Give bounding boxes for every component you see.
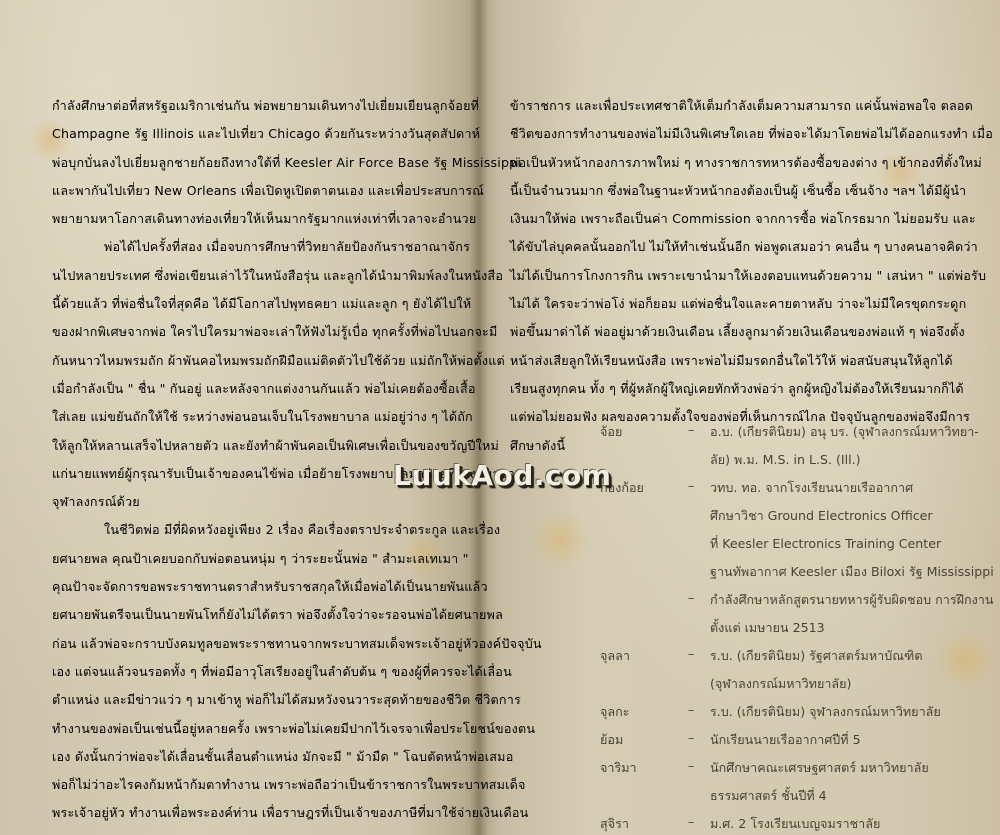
text-line: กำลังศึกษาต่อที่สหรัฐอเมริกาเช่นกัน พ่อพ… bbox=[52, 92, 482, 120]
dash: – bbox=[688, 702, 694, 717]
education-detail: ร.บ. (เกียรตินิยม) รัฐศาสตร์มหาบัณฑิต bbox=[710, 646, 923, 666]
education-detail: ธรรมศาสตร์ ชั้นปีที่ 4 bbox=[710, 786, 827, 806]
child-name: สุจิรา bbox=[600, 814, 660, 834]
dash: – bbox=[688, 646, 694, 661]
text-line: เงินมาให้พ่อ เพราะถือเป็นค่า Commission … bbox=[510, 205, 965, 233]
text-line: พ่อบุกบั่นลงไปเยี่ยมลูกชายก้อยถึงทางใต้ท… bbox=[52, 149, 482, 177]
text-line: พระเจ้าอยู่หัว ทำงานเพื่อพระองค์ท่าน เพื… bbox=[52, 799, 482, 827]
child-name: จุลกะ bbox=[600, 702, 660, 722]
education-detail: ศึกษาวิชา Ground Electronics Officer bbox=[710, 506, 933, 526]
child-name: จุลลา bbox=[600, 646, 660, 666]
text-line: ทำงานของพ่อเป็นเช่นนี้อยู่หลายครั้ง เพรา… bbox=[52, 715, 482, 743]
text-line: เอง แต่จนแล้วจนรอดทั้ง ๆ ที่พ่อมีอาวุโสเ… bbox=[52, 658, 482, 686]
text-line: และพากันไปเที่ยว New Orleans เพื่อเปิดหู… bbox=[52, 177, 482, 205]
education-detail: นักศึกษาคณะเศรษฐศาสตร์ มหาวิทยาลัย bbox=[710, 758, 929, 778]
text-line: เมื่อกำลังเป็น " ชื่น " กันอยู่ และหลังจ… bbox=[52, 375, 482, 403]
education-detail: ลัย) พ.ม. M.S. in L.S. (Ill.) bbox=[710, 450, 861, 470]
text-line: ยศนายพันตรีจนเป็นนายพันโทก็ยังไม่ได้ตรา … bbox=[52, 601, 482, 629]
text-line: ใส่เลย แม่ขยันถักให้ใช้ ระหว่างพ่อนอนเจ็… bbox=[52, 403, 482, 431]
right-page-text: ข้าราชการ และเพื่อประเทศชาติให้เต็มกำลัง… bbox=[510, 92, 965, 460]
text-line: ได้ขับไล่บุคคลนั้นออกไป ไม่ให้ทำเช่นนั้น… bbox=[510, 233, 965, 261]
dash: – bbox=[688, 814, 694, 829]
education-detail: วทบ. ทอ. จากโรงเรียนนายเรืออากาศ bbox=[710, 478, 913, 498]
watermark-logo: LuukAod.com bbox=[393, 459, 611, 492]
text-line: ก่อน แล้วพ่อจะกราบบังคมทูลขอพระราชทานจาก… bbox=[52, 630, 482, 658]
education-detail: ร.บ. (เกียรตินิยม) จุฬาลงกรณ์มหาวิทยาลัย bbox=[710, 702, 941, 722]
text-line: ชีวิตของการทำงานของพ่อไม่มีเงินพิเศษใดเล… bbox=[510, 120, 965, 148]
text-line: ของฝากพิเศษจากพ่อ ใครไปใครมาพ่อจะเล่าให้… bbox=[52, 318, 482, 346]
child-name: จาริมา bbox=[600, 758, 660, 778]
text-line: พ่อก็ไม่ว่าอะไรคงก้มหน้าก้มตาทำงาน เพราะ… bbox=[52, 771, 482, 799]
text-line: กันหนาวไหมพรมถัก ผ้าพันคอไหมพรมถักฝีมือแ… bbox=[52, 347, 482, 375]
text-line: Champagne รัฐ Illinois และไปเที่ยว Chica… bbox=[52, 120, 482, 148]
education-detail: อ.บ. (เกียรตินิยม) อนุ บร. (จุฬาลงกรณ์มห… bbox=[710, 422, 979, 442]
text-line: พ่อเป็นหัวหน้ากองการภาพใหม่ ๆ ทางราชการท… bbox=[510, 149, 965, 177]
dash: – bbox=[688, 422, 694, 437]
dash: – bbox=[688, 730, 694, 745]
paragraph-start: ในชีวิตพ่อ มีที่ผิดหวังอยู่เพียง 2 เรื่อ… bbox=[52, 516, 482, 544]
text-line: พ่อขึ้นมาด่าได้ พ่ออยู่มาด้วยเงินเดือน เ… bbox=[510, 318, 965, 346]
dash: – bbox=[688, 758, 694, 773]
dash: – bbox=[688, 478, 694, 493]
education-detail: ม.ศ. 2 โรงเรียนเบญจมราชาลัย bbox=[710, 814, 880, 834]
dash: – bbox=[688, 590, 694, 605]
education-detail: นักเรียนนายเรืออากาศปีที่ 5 bbox=[710, 730, 861, 750]
text-line: เอง ดังนั้นกว่าพ่อจะได้เลื่อนชั้นเลื่อนต… bbox=[52, 743, 482, 771]
text-line: คุณป้าจะจัดการขอพระราชทานตราสำหรับราชสกุ… bbox=[52, 573, 482, 601]
child-name: ย้อม bbox=[600, 730, 660, 750]
text-line: จุฬาลงกรณ์ด้วย bbox=[52, 488, 482, 516]
text-line: นี้เป็นจำนวนมาก ซึ่งพ่อในฐานะหัวหน้ากองต… bbox=[510, 177, 965, 205]
text-line: ไม่ได้ ใครจะว่าพ่อโง่ พ่อก็ยอม แต่พ่อชื่… bbox=[510, 290, 965, 318]
text-line: ยศนายพล คุณป้าเคยบอกกับพ่อตอนหนุ่ม ๆ ว่า… bbox=[52, 545, 482, 573]
text-line: ข้าราชการ และเพื่อประเทศชาติให้เต็มกำลัง… bbox=[510, 92, 965, 120]
education-detail: (จุฬาลงกรณ์มหาวิทยาลัย) bbox=[710, 674, 851, 694]
paper-stain bbox=[530, 510, 590, 570]
text-line: พยายามหาโอกาสเดินทางท่องเที่ยวให้เห็นมาก… bbox=[52, 205, 482, 233]
text-line: นี้ด้วยแล้ว ที่พ่อชื่นใจที่สุดคือ ได้มีโ… bbox=[52, 290, 482, 318]
text-line: ให้ลูกให้หลานเสร็จไปหลายตัว และยังทำผ้าพ… bbox=[52, 432, 482, 460]
education-detail: ที่ Keesler Electronics Training Center bbox=[710, 534, 941, 554]
education-detail: ตั้งแต่ เมษายน 2513 bbox=[710, 618, 825, 638]
education-detail: ฐานทัพอากาศ Keesler เมือง Biloxi รัฐ Mis… bbox=[710, 562, 994, 582]
education-detail: กำลังศึกษาหลักสูตรนายทหารผู้รับผิดชอบ กา… bbox=[710, 590, 993, 610]
text-line: หน้าส่งเสียลูกให้เรียนหนังสือ เพราะพ่อไม… bbox=[510, 347, 965, 375]
text-line: ไม่ได้เป็นการโกงการกิน เพราะเขานำมาให้เอ… bbox=[510, 262, 965, 290]
paper-stain bbox=[935, 630, 995, 690]
child-name: จ้อย bbox=[600, 422, 660, 442]
paragraph-start: พ่อได้ไปครั้งที่สอง เมื่อจบการศึกษาที่วิ… bbox=[52, 233, 482, 261]
text-line: นไปหลายประเทศ ซึ่งพ่อเขียนเล่าไว้ในหนังส… bbox=[52, 262, 482, 290]
book-spread: กำลังศึกษาต่อที่สหรัฐอเมริกาเช่นกัน พ่อพ… bbox=[0, 0, 1000, 835]
text-line: ตำแหน่ง และมีข่าวแว่ว ๆ มาเข้าหู พ่อก็ไม… bbox=[52, 686, 482, 714]
text-line: เรียนสูงทุกคน ทั้ง ๆ ที่ผู้หลักผู้ใหญ่เค… bbox=[510, 375, 965, 403]
